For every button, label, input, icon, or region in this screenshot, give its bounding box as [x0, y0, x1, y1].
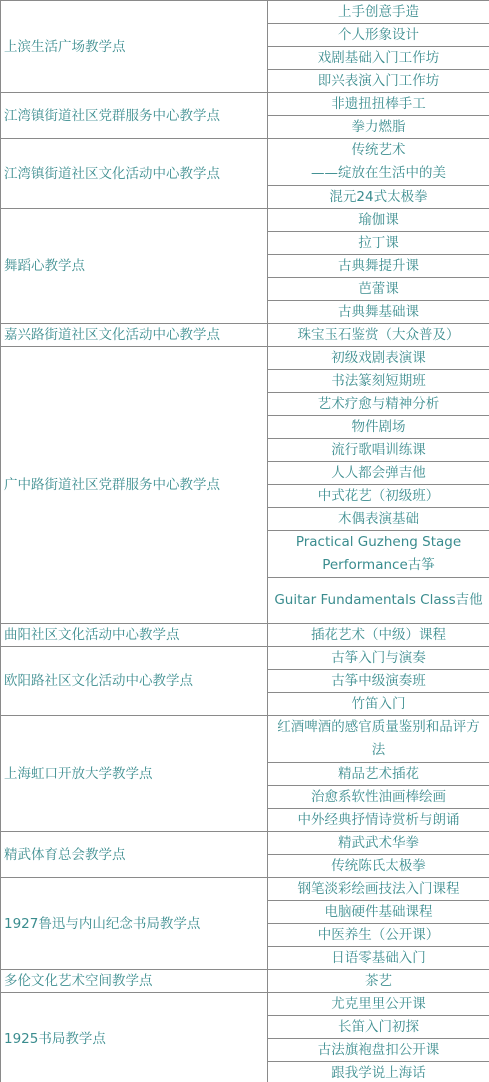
course-cell: 中医养生（公开课）: [268, 924, 489, 947]
course-cell: 芭蕾课: [268, 278, 489, 301]
teaching-site-cell: 嘉兴路街道社区文化活动中心教学点: [1, 324, 268, 347]
course-cell: 传统陈氏太极拳: [268, 855, 489, 878]
course-cell: Practical Guzheng Stage Performance古筝: [268, 531, 489, 578]
course-cell: 古典舞基础课: [268, 301, 489, 324]
course-cell: 人人都会弹吉他: [268, 462, 489, 485]
course-cell: 电脑硬件基础课程: [268, 901, 489, 924]
course-cell: 精品艺术插花: [268, 763, 489, 786]
teaching-site-cell: 1927鲁迅与内山纪念书局教学点: [1, 878, 268, 970]
table-row: 江湾镇街道社区党群服务中心教学点非遗扭扭棒手工: [1, 93, 489, 116]
course-cell: 古法旗袍盘扣公开课: [268, 1039, 489, 1062]
course-cell: 非遗扭扭棒手工: [268, 93, 489, 116]
teaching-site-cell: 江湾镇街道社区党群服务中心教学点: [1, 93, 268, 139]
course-cell: 戏剧基础入门工作坊: [268, 47, 489, 70]
course-cell: 瑜伽课: [268, 209, 489, 232]
table-row: 舞蹈心教学点瑜伽课: [1, 209, 489, 232]
teaching-site-cell: 精武体育总会教学点: [1, 832, 268, 878]
course-cell: 插花艺术（中级）课程: [268, 624, 489, 647]
course-cell: 精武武术华拳: [268, 832, 489, 855]
course-cell: 古典舞提升课: [268, 255, 489, 278]
table-row: 曲阳社区文化活动中心教学点插花艺术（中级）课程: [1, 624, 489, 647]
course-cell: Guitar Fundamentals Class吉他: [268, 578, 489, 624]
course-cell: 跟我学说上海话: [268, 1062, 489, 1082]
teaching-site-cell: 舞蹈心教学点: [1, 209, 268, 324]
course-cell: 珠宝玉石鉴赏（大众普及）: [268, 324, 489, 347]
table-row: 上滨生活广场教学点上手创意手造: [1, 1, 489, 24]
teaching-site-cell: 多伦文化艺术空间教学点: [1, 970, 268, 993]
course-cell: 古筝中级演奏班: [268, 670, 489, 693]
teaching-site-cell: 欧阳路社区文化活动中心教学点: [1, 647, 268, 716]
course-cell: 尤克里里公开课: [268, 993, 489, 1016]
course-cell: 中外经典抒情诗赏析与朗诵: [268, 809, 489, 832]
course-cell: 物件剧场: [268, 416, 489, 439]
course-cell: 古筝入门与演奏: [268, 647, 489, 670]
table-row: 广中路街道社区党群服务中心教学点初级戏剧表演课: [1, 347, 489, 370]
teaching-site-cell: 上海虹口开放大学教学点: [1, 716, 268, 832]
course-cell: 红酒啤酒的感官质量鉴别和品评方法: [268, 716, 489, 763]
table-row: 江湾镇街道社区文化活动中心教学点传统艺术——绽放在生活中的美: [1, 139, 489, 186]
teaching-site-cell: 广中路街道社区党群服务中心教学点: [1, 347, 268, 624]
course-cell: 中式花艺（初级班）: [268, 485, 489, 508]
course-cell: 艺术疗愈与精神分析: [268, 393, 489, 416]
course-cell: 书法篆刻短期班: [268, 370, 489, 393]
teaching-site-cell: 曲阳社区文化活动中心教学点: [1, 624, 268, 647]
table-row: 精武体育总会教学点精武武术华拳: [1, 832, 489, 855]
course-cell: 拉丁课: [268, 232, 489, 255]
table-body: 上滨生活广场教学点上手创意手造个人形象设计戏剧基础入门工作坊即兴表演入门工作坊江…: [1, 1, 489, 1082]
course-cell: 初级戏剧表演课: [268, 347, 489, 370]
course-cell: 流行歌唱训练课: [268, 439, 489, 462]
table-row: 嘉兴路街道社区文化活动中心教学点珠宝玉石鉴赏（大众普及）: [1, 324, 489, 347]
table-row: 1925书局教学点尤克里里公开课: [1, 993, 489, 1016]
table-row: 1927鲁迅与内山纪念书局教学点钢笔淡彩绘画技法入门课程: [1, 878, 489, 901]
teaching-site-cell: 江湾镇街道社区文化活动中心教学点: [1, 139, 268, 209]
table-row: 欧阳路社区文化活动中心教学点古筝入门与演奏: [1, 647, 489, 670]
course-cell: 木偶表演基础: [268, 508, 489, 531]
teaching-site-cell: 上滨生活广场教学点: [1, 1, 268, 93]
course-cell: 混元24式太极拳: [268, 186, 489, 209]
course-cell: 传统艺术——绽放在生活中的美: [268, 139, 489, 186]
course-cell: 钢笔淡彩绘画技法入门课程: [268, 878, 489, 901]
course-cell: 茶艺: [268, 970, 489, 993]
table-row: 多伦文化艺术空间教学点茶艺: [1, 970, 489, 993]
course-cell: 竹笛入门: [268, 693, 489, 716]
table-row: 上海虹口开放大学教学点红酒啤酒的感官质量鉴别和品评方法: [1, 716, 489, 763]
course-cell: 治愈系软性油画棒绘画: [268, 786, 489, 809]
course-cell: 日语零基础入门: [268, 947, 489, 970]
course-cell: 即兴表演入门工作坊: [268, 70, 489, 93]
course-cell: 拳力燃脂: [268, 116, 489, 139]
course-cell: 个人形象设计: [268, 24, 489, 47]
teaching-site-cell: 1925书局教学点: [1, 993, 268, 1082]
course-cell: 上手创意手造: [268, 1, 489, 24]
course-cell: 长笛入门初探: [268, 1016, 489, 1039]
course-schedule-table: 上滨生活广场教学点上手创意手造个人形象设计戏剧基础入门工作坊即兴表演入门工作坊江…: [0, 0, 489, 1082]
